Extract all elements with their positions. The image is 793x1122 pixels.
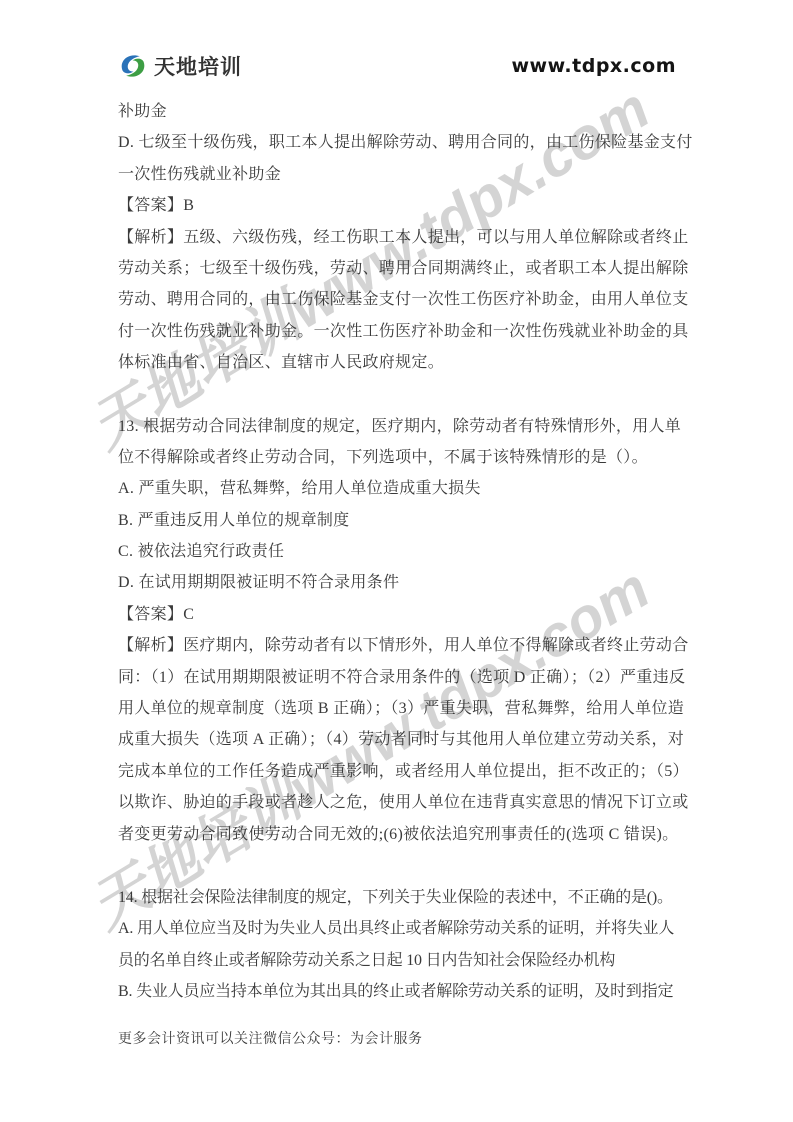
text-line: 【答案】C [118, 599, 684, 630]
text-line: 成重大损失（选项 A 正确）；（4）劳动者同时与其他用人单位建立劳动关系，对 [118, 724, 684, 755]
text-line: 【解析】医疗期内，除劳动者有以下情形外，用人单位不得解除或者终止劳动合 [118, 630, 684, 661]
text-line: 同：（1）在试用期期限被证明不符合录用条件的（选项 D 正确）；（2）严重违反 [118, 662, 684, 693]
text-line: 【答案】B [118, 190, 684, 221]
question-12-answer-block: 补助金D. 七级至十级伤残，职工本人提出解除劳动、聘用合同的，由工伤保险基金支付… [118, 96, 684, 379]
text-line: 劳动、聘用合同的，由工伤保险基金支付一次性工伤医疗补助金，由用人单位支 [118, 284, 684, 315]
text-line: A. 严重失职，营私舞弊，给用人单位造成重大损失 [118, 473, 684, 504]
text-line: D. 七级至十级伤残，职工本人提出解除劳动、聘用合同的，由工伤保险基金支付 [118, 127, 684, 158]
brand-logo-icon [118, 51, 148, 81]
text-line: 劳动关系；七级至十级伤残，劳动、聘用合同期满终止，或者职工本人提出解除 [118, 253, 684, 284]
brand-logo-text: 天地培训 [154, 51, 242, 81]
page-header: 天地培训 www.tdpx.com [118, 48, 676, 84]
text-line: 完成本单位的工作任务造成严重影响，或者经用人单位提出，拒不改正的；（5） [118, 756, 684, 787]
text-line: B. 严重违反用人单位的规章制度 [118, 505, 684, 536]
text-line: 员的名单自终止或者解除劳动关系之日起 10 日内告知社会保险经办机构 [118, 945, 684, 976]
text-line: D. 在试用期期限被证明不符合录用条件 [118, 567, 684, 598]
text-line: B. 失业人员应当持本单位为其出具的终止或者解除劳动关系的证明，及时到指定 [118, 976, 684, 1007]
text-line: 13. 根据劳动合同法律制度的规定，医疗期内，除劳动者有特殊情形外，用人单 [118, 411, 684, 442]
text-line: 补助金 [118, 96, 684, 127]
brand-logo: 天地培训 [118, 51, 242, 81]
question-14-block: 14. 根据社会保险法律制度的规定，下列关于失业保险的表述中，不正确的是()。A… [118, 882, 684, 1008]
text-line: 以欺诈、胁迫的手段或者趁人之危，使用人单位在违背真实意思的情况下订立或 [118, 787, 684, 818]
document-page: 天地培训www.tdpx.com 天地培训www.tdpx.com 天地培训 w… [0, 0, 793, 1122]
text-line: 一次性伤残就业补助金 [118, 159, 684, 190]
site-url-text: www.tdpx.com [511, 55, 676, 77]
text-line: 【解析】五级、六级伤残，经工伤职工本人提出，可以与用人单位解除或者终止 [118, 222, 684, 253]
document-content: 补助金D. 七级至十级伤残，职工本人提出解除劳动、聘用合同的，由工伤保险基金支付… [118, 96, 684, 1008]
question-13-block: 13. 根据劳动合同法律制度的规定，医疗期内，除劳动者有特殊情形外，用人单位不得… [118, 411, 684, 850]
text-line: 者变更劳动合同致使劳动合同无效的;(6)被依法追究刑事责任的(选项 C 错误)。 [118, 819, 684, 850]
footer-note: 更多会计资讯可以关注微信公众号：为会计服务 [118, 1028, 423, 1048]
text-line: A. 用人单位应当及时为失业人员出具终止或者解除劳动关系的证明，并将失业人 [118, 913, 684, 944]
text-line: 体标准由省、自治区、直辖市人民政府规定。 [118, 347, 684, 378]
text-line: C. 被依法追究行政责任 [118, 536, 684, 567]
text-line: 位不得解除或者终止劳动合同，下列选项中，不属于该特殊情形的是（）。 [118, 442, 684, 473]
text-line: 付一次性伤残就业补助金。一次性工伤医疗补助金和一次性伤残就业补助金的具 [118, 316, 684, 347]
text-line: 用人单位的规章制度（选项 B 正确）；（3）严重失职，营私舞弊，给用人单位造 [118, 693, 684, 724]
text-line: 14. 根据社会保险法律制度的规定，下列关于失业保险的表述中，不正确的是()。 [118, 882, 684, 913]
